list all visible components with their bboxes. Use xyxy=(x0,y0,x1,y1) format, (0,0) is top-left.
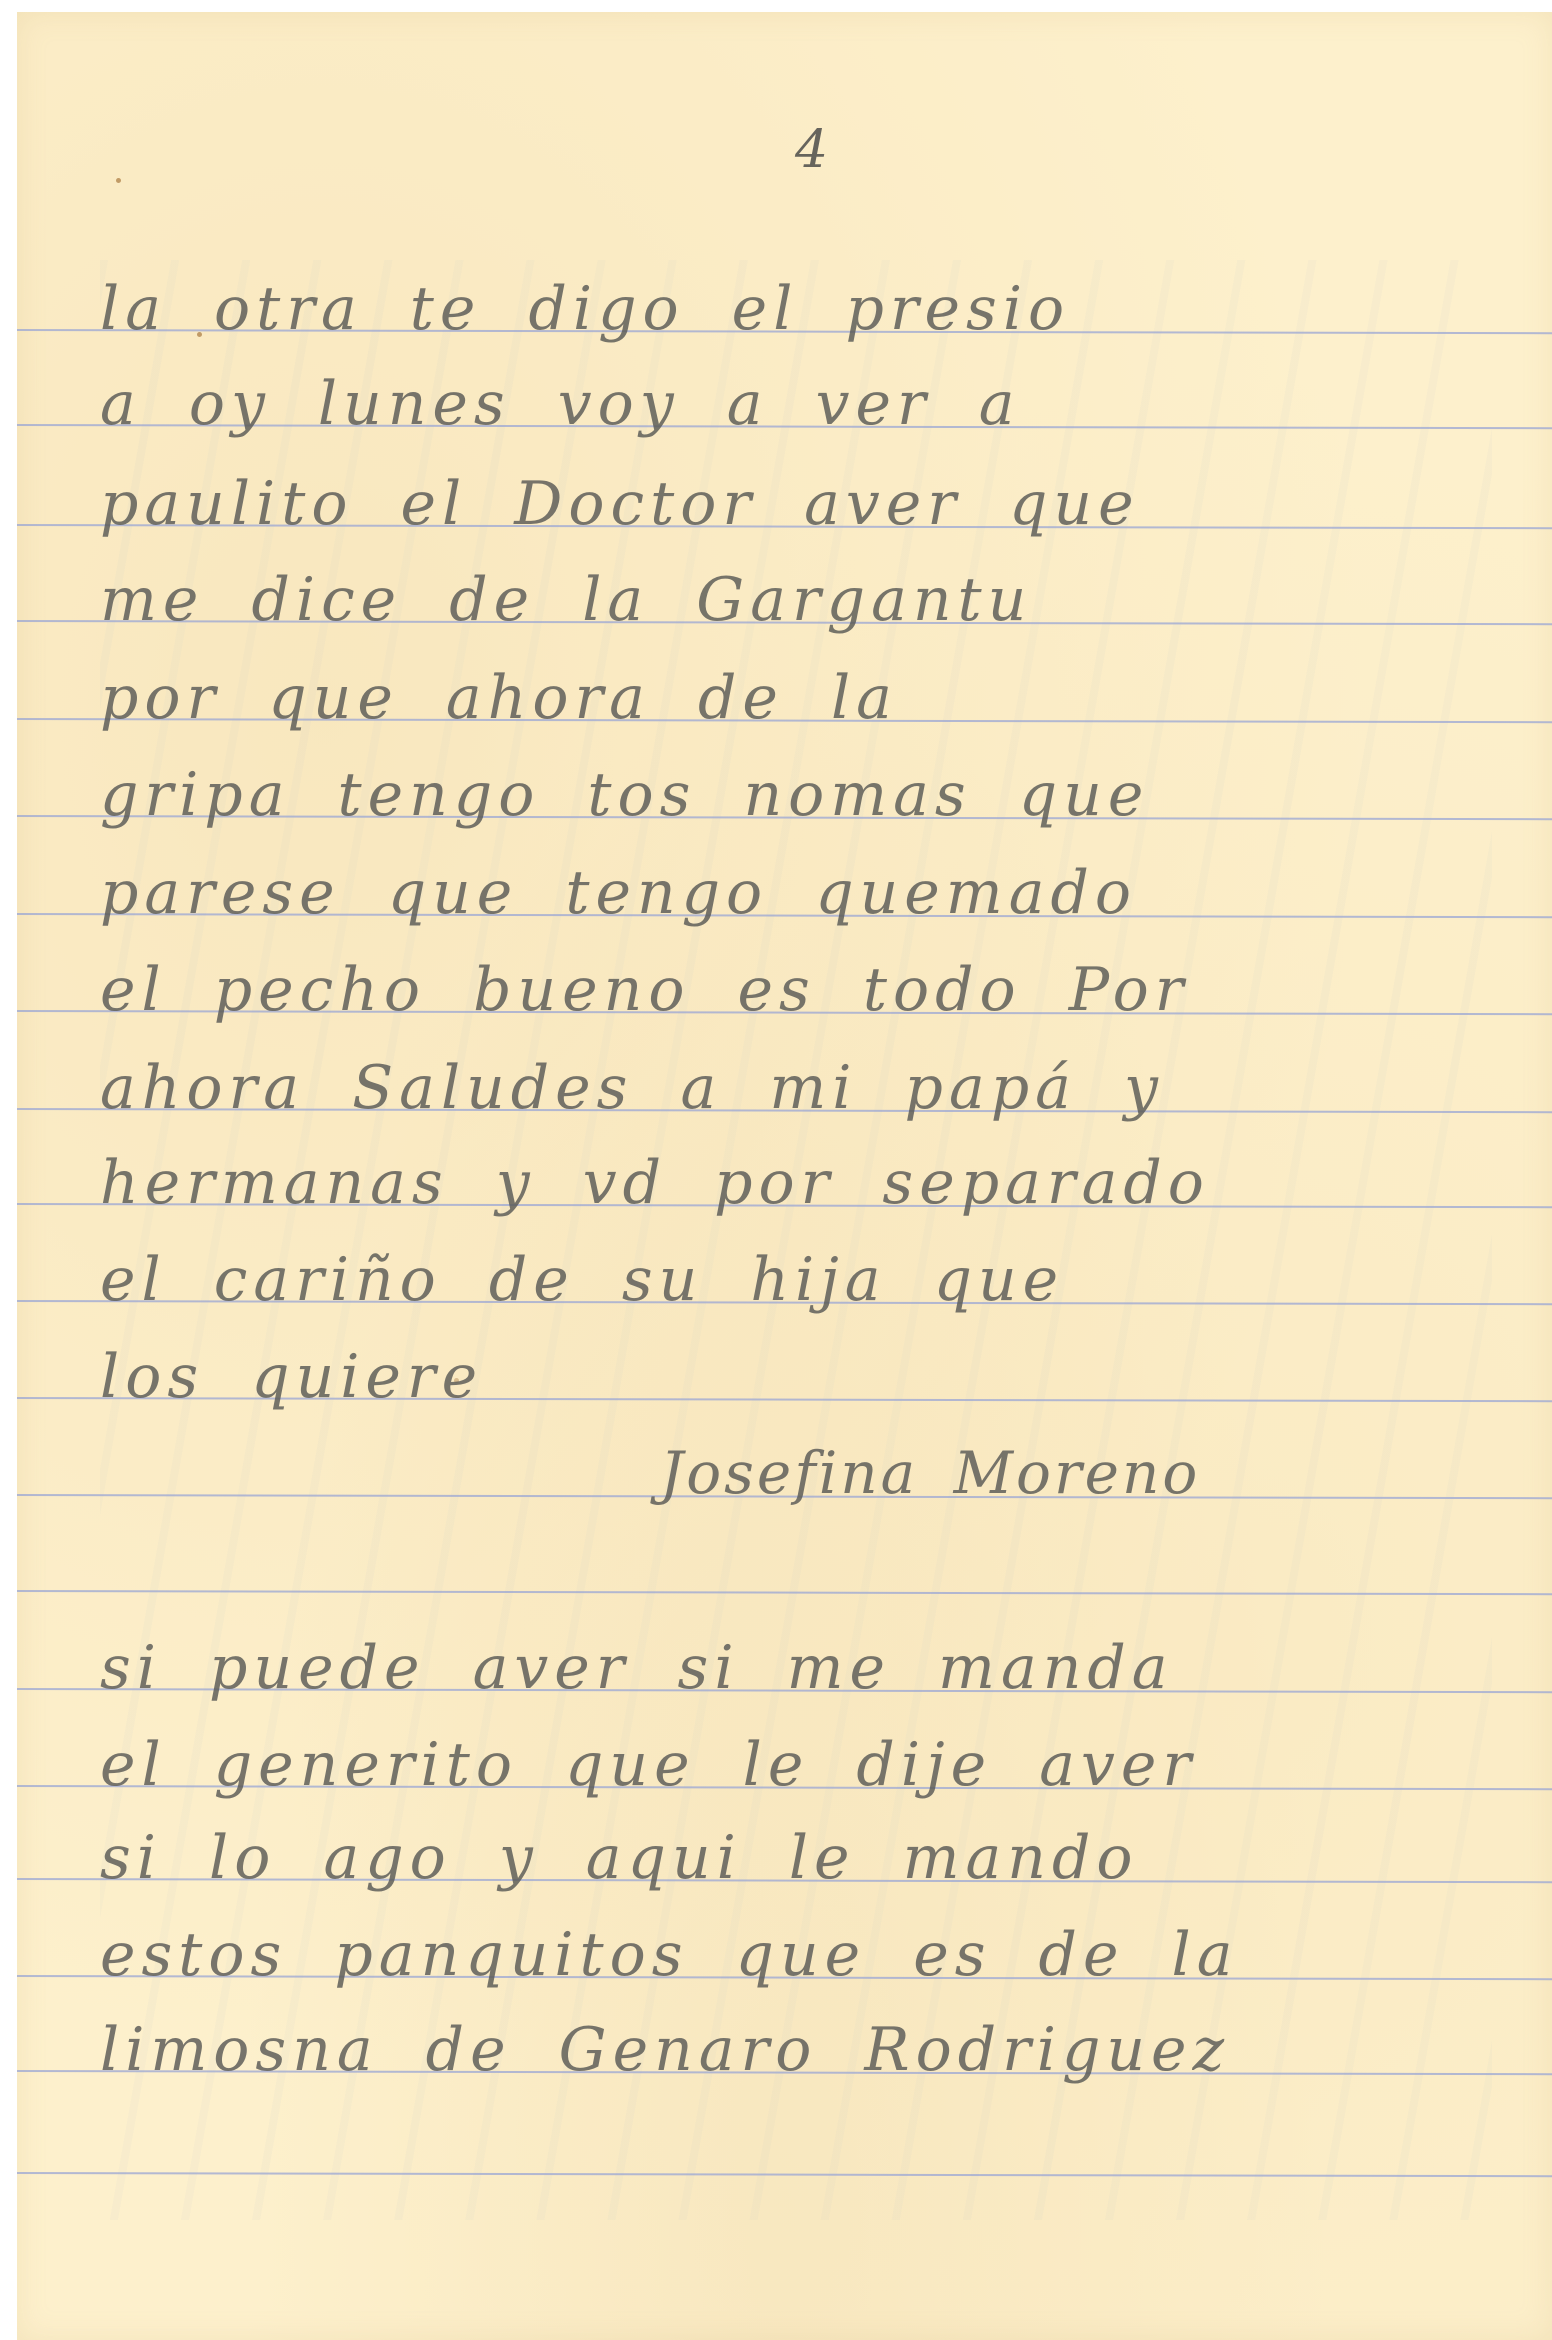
postscript-line: si puede aver si me manda xyxy=(100,1638,1174,1698)
paper-speck xyxy=(116,178,121,183)
body-line: paulito el Doctor aver que xyxy=(100,474,1140,534)
body-line: a oy lunes voy a ver a xyxy=(100,374,1021,434)
postscript-line: si lo ago y aqui le mando xyxy=(100,1828,1138,1888)
body-line: ahora Saludes a mi papá y xyxy=(100,1058,1164,1118)
postscript-line: estos panquitos que es de la xyxy=(100,1925,1239,1985)
signature: Josefina Moreno xyxy=(660,1444,1200,1502)
body-line: hermanas y vd por separado xyxy=(100,1153,1210,1213)
postscript-line: el generito que le dije aver xyxy=(100,1735,1197,1795)
body-line: el cariño de su hija que xyxy=(100,1250,1064,1310)
body-line: por que ahora de la xyxy=(100,668,898,728)
page-number: 4 xyxy=(795,120,828,180)
body-line: los quiere xyxy=(100,1347,483,1407)
body-line: parese que tengo quemado xyxy=(100,863,1137,923)
body-line: gripa tengo tos nomas que xyxy=(100,765,1149,825)
body-line: la otra te digo el presio xyxy=(100,279,1070,339)
body-line: el pecho bueno es todo Por xyxy=(100,960,1189,1020)
body-line: me dice de la Gargantu xyxy=(100,570,1032,630)
postscript-line: limosna de Genaro Rodriguez xyxy=(100,2020,1230,2080)
